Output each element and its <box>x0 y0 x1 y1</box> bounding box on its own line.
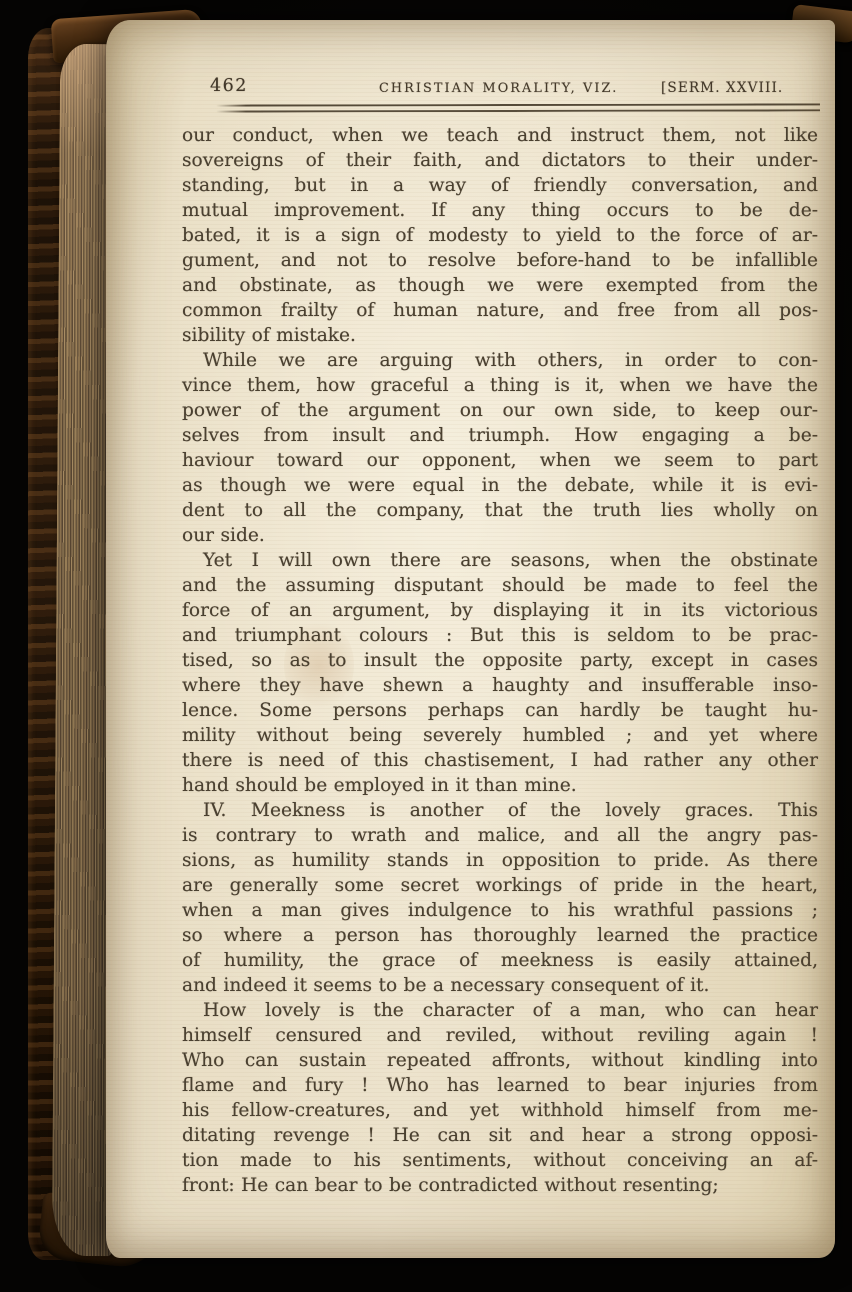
text-line: power of the argument on our own side, t… <box>182 398 818 423</box>
book-page: 462 CHRISTIAN MORALITY, VIZ. [SERM. XXVI… <box>106 20 835 1258</box>
text-line: force of an argument, by displaying it i… <box>182 598 818 623</box>
header-double-rule <box>216 103 820 112</box>
text-line: his fellow-creatures, and yet withhold h… <box>182 1098 818 1123</box>
page-number: 462 <box>210 76 248 96</box>
text-line: and triumphant colours : But this is sel… <box>182 623 818 648</box>
paragraph: Yet I will own there are seasons, when t… <box>182 548 818 798</box>
text-line: Yet I will own there are seasons, when t… <box>182 548 818 573</box>
text-line: and indeed it seems to be a necessary co… <box>182 973 818 998</box>
text-line: ditating revenge ! He can sit and hear a… <box>182 1123 818 1148</box>
text-line: flame and fury ! Who has learned to bear… <box>182 1073 818 1098</box>
text-line: vince them, how graceful a thing is it, … <box>182 373 818 398</box>
text-line: While we are arguing with others, in ord… <box>182 348 818 373</box>
text-line: mility without being severely humbled ; … <box>182 723 818 748</box>
text-line: and the assuming disputant should be mad… <box>182 573 818 598</box>
text-line: bated, it is a sign of modesty to yield … <box>182 223 818 248</box>
text-line: How lovely is the character of a man, wh… <box>182 998 818 1023</box>
text-line: sibility of mistake. <box>182 323 818 348</box>
text-line: selves from insult and triumph. How enga… <box>182 423 818 448</box>
text-line: hand should be employed in it than mine. <box>182 773 818 798</box>
text-line: so where a person has thoroughly learned… <box>182 923 818 948</box>
text-line: gument, and not to resolve before-hand t… <box>182 248 818 273</box>
page-body: our conduct, when we teach and instruct … <box>182 123 818 1198</box>
text-line: of humility, the grace of meekness is ea… <box>182 948 818 973</box>
text-line: when a man gives indulgence to his wrath… <box>182 898 818 923</box>
text-line: where they have shewn a haughty and insu… <box>182 673 818 698</box>
text-line: front: He can bear to be contradicted wi… <box>182 1173 818 1198</box>
paragraph: While we are arguing with others, in ord… <box>182 348 818 548</box>
text-line: sovereigns of their faith, and dictators… <box>182 148 818 173</box>
paragraph: our conduct, when we teach and instruct … <box>182 123 818 348</box>
text-line: Who can sustain repeated affronts, witho… <box>182 1048 818 1073</box>
book-photograph: 462 CHRISTIAN MORALITY, VIZ. [SERM. XXVI… <box>0 0 852 1292</box>
text-line: mutual improvement. If any thing occurs … <box>182 198 818 223</box>
text-line: our side. <box>182 523 818 548</box>
text-line: tised, so as to insult the opposite part… <box>182 648 818 673</box>
paragraph: IV. Meekness is another of the lovely gr… <box>182 798 818 998</box>
text-line: himself censured and reviled, without re… <box>182 1023 818 1048</box>
text-line: sions, as humility stands in opposition … <box>182 848 818 873</box>
section-marker: [SERM. XXVIII. <box>661 80 783 96</box>
text-line: dent to all the company, that the truth … <box>182 498 818 523</box>
text-line: IV. Meekness is another of the lovely gr… <box>182 798 818 823</box>
text-line: our conduct, when we teach and instruct … <box>182 123 818 148</box>
text-line: are generally some secret workings of pr… <box>182 873 818 898</box>
text-line: and obstinate, as though we were exempte… <box>182 273 818 298</box>
running-title: CHRISTIAN MORALITY, VIZ. <box>379 81 618 96</box>
text-line: haviour toward our opponent, when we see… <box>182 448 818 473</box>
text-line: lence. Some persons perhaps can hardly b… <box>182 698 818 723</box>
text-line: standing, but in a way of friendly conve… <box>182 173 818 198</box>
text-line: is contrary to wrath and malice, and all… <box>182 823 818 848</box>
text-line: tion made to his sentiments, without con… <box>182 1148 818 1173</box>
text-line: common frailty of human nature, and free… <box>182 298 818 323</box>
text-line: as though we were equal in the debate, w… <box>182 473 818 498</box>
paragraph: How lovely is the character of a man, wh… <box>182 998 818 1198</box>
text-line: there is need of this chastisement, I ha… <box>182 748 818 773</box>
